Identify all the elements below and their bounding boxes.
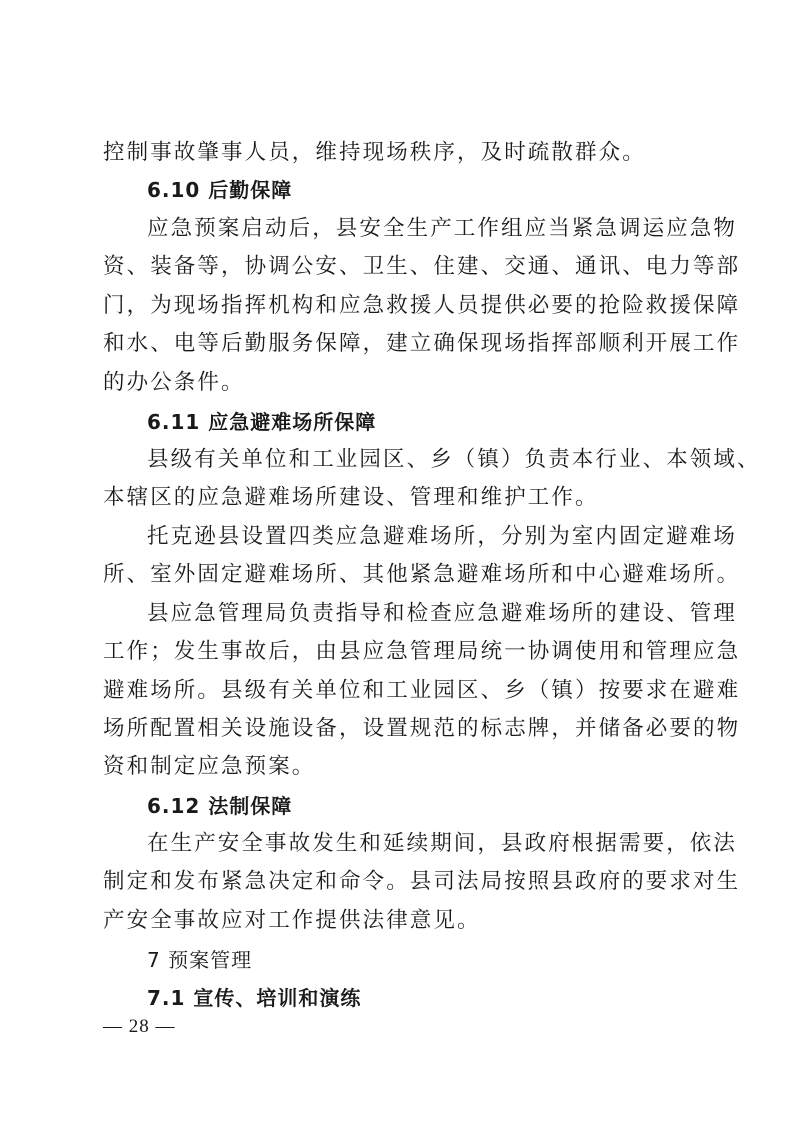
paragraph-line: 避难场所。县级有关单位和工业园区、乡（镇）按要求在避难 (103, 672, 693, 710)
paragraph-line: 工作；发生事故后，由县应急管理局统一协调使用和管理应急 (103, 633, 693, 671)
section-heading: 6.12 法制保障 (147, 787, 693, 825)
section-heading: 7.1 宣传、培训和演练 (147, 979, 693, 1017)
paragraph-line: 资、装备等，协调公安、卫生、住建、交通、通讯、电力等部 (103, 248, 693, 286)
section-heading: 7 预案管理 (147, 941, 693, 979)
page-number: — 28 — (103, 1012, 176, 1042)
paragraph-line: 门，为现场指挥机构和应急救援人员提供必要的抢险救援保障 (103, 287, 693, 325)
paragraph-line: 的办公条件。 (103, 364, 693, 402)
paragraph-line: 制定和发布紧急决定和命令。县司法局按照县政府的要求对生 (103, 863, 693, 901)
paragraph-line: 所、室外固定避难场所、其他紧急避难场所和中心避难场所。 (103, 556, 693, 594)
paragraph-line: 托克逊县设置四类应急避难场所，分别为室内固定避难场 (147, 518, 693, 556)
paragraph-line: 场所配置相关设施设备，设置规范的标志牌，并储备必要的物 (103, 710, 693, 748)
paragraph-line: 和水、电等后勤服务保障，建立确保现场指挥部顺利开展工作 (103, 325, 693, 363)
paragraph-line: 本辖区的应急避难场所建设、管理和维护工作。 (103, 479, 693, 517)
section-heading: 6.10 后勤保障 (147, 171, 693, 209)
paragraph-line: 县应急管理局负责指导和检查应急避难场所的建设、管理 (147, 595, 693, 633)
paragraph-line: 资和制定应急预案。 (103, 748, 693, 786)
section-heading: 6.11 应急避难场所保障 (147, 403, 693, 441)
paragraph-line: 应急预案启动后，县安全生产工作组应当紧急调运应急物 (147, 210, 693, 248)
document-page: 控制事故肇事人员，维持现场秩序，及时疏散群众。6.10 后勤保障应急预案启动后，… (0, 0, 790, 1122)
paragraph-line: 控制事故肇事人员，维持现场秩序，及时疏散群众。 (103, 134, 693, 172)
paragraph-line: 县级有关单位和工业园区、乡（镇）负责本行业、本领域、 (147, 441, 693, 479)
paragraph-line: 产安全事故应对工作提供法律意见。 (103, 902, 693, 940)
paragraph-line: 在生产安全事故发生和延续期间，县政府根据需要，依法 (147, 825, 693, 863)
